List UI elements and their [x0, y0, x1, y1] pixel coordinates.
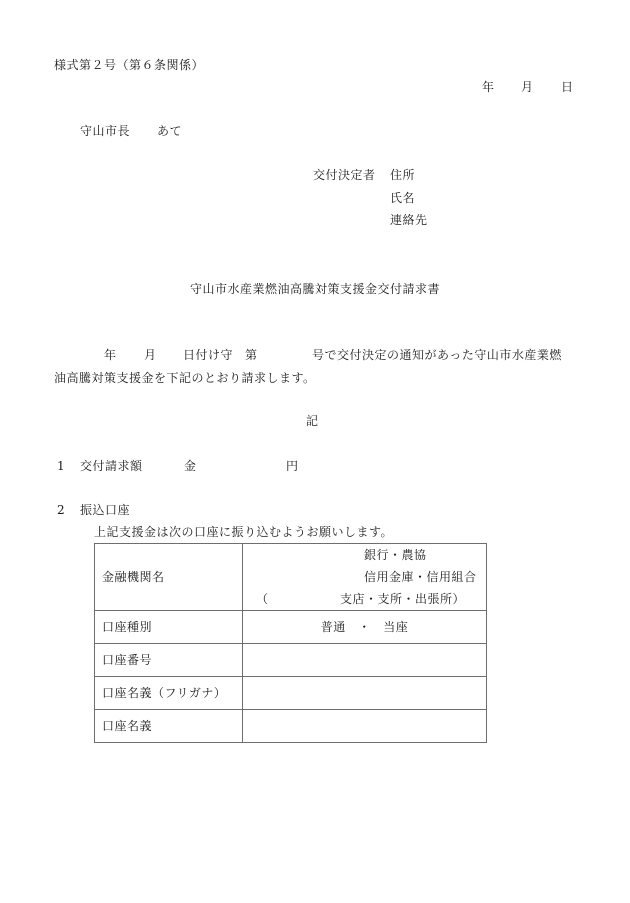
table-row-account-number: 口座番号 [95, 644, 487, 677]
account-number-label: 口座番号 [95, 644, 243, 677]
branch-type-line: 支店・支所・出張所） [340, 593, 465, 605]
account-type-label: 口座種別 [95, 611, 243, 644]
section2-number: 2 [57, 504, 65, 516]
section1-number: 1 [57, 460, 65, 472]
table-row-bank-name: 金融機関名 銀行・農協 信用金庫・信用組合 （ 支店・支所・出張所） [95, 544, 487, 611]
account-holder-kana-field[interactable] [243, 677, 487, 710]
table-row-account-type: 口座種別 普通 ・ 当座 [95, 611, 487, 644]
body-year: 年 [104, 349, 117, 361]
bank-name-field[interactable]: 銀行・農協 信用金庫・信用組合 （ 支店・支所・出張所） [243, 544, 487, 611]
account-holder-field[interactable] [243, 710, 487, 743]
date-year-label: 年 [482, 81, 495, 93]
date-day-label: 日 [561, 81, 574, 93]
body-dated: 日付け守 [183, 349, 233, 361]
applicant-address-label: 住所 [390, 169, 415, 181]
ki-heading: 記 [306, 415, 319, 427]
body-dai: 第 [245, 349, 258, 361]
applicant-contact-label: 連絡先 [390, 214, 428, 226]
addressee-name: 守山市長 [80, 125, 130, 137]
body-line2: 油高騰対策支援金を下記のとおり請求します。 [54, 372, 316, 384]
bank-type-line2: 信用金庫・信用組合 [364, 571, 477, 583]
table-row-account-holder: 口座名義 [95, 710, 487, 743]
branch-open-paren: （ [256, 593, 269, 605]
bank-name-label: 金融機関名 [95, 544, 243, 611]
section1-yen: 円 [286, 460, 299, 472]
account-type-field[interactable]: 普通 ・ 当座 [243, 611, 487, 644]
document-title: 守山市水産業燃油高騰対策支援金交付請求書 [190, 283, 440, 295]
date-month-label: 月 [521, 81, 534, 93]
applicant-name-label: 氏名 [390, 192, 415, 204]
form-number: 様式第２号（第６条関係） [54, 59, 204, 71]
section1-kin: 金 [184, 460, 197, 472]
section1-label: 交付請求額 [80, 460, 143, 472]
addressee-suffix: あて [157, 125, 182, 137]
account-holder-kana-label: 口座名義（フリガナ） [95, 677, 243, 710]
table-row-account-holder-kana: 口座名義（フリガナ） [95, 677, 487, 710]
account-holder-label: 口座名義 [95, 710, 243, 743]
bank-type-line1: 銀行・農協 [364, 549, 427, 561]
section2-note: 上記支援金は次の口座に振り込むようお願いします。 [94, 526, 393, 538]
body-month: 月 [144, 349, 157, 361]
account-number-field[interactable] [243, 644, 487, 677]
body-line1-rest: 号で交付決定の通知があった守山市水産業燃 [312, 349, 562, 361]
section2-label: 振込口座 [80, 504, 130, 516]
applicant-role-label: 交付決定者 [313, 169, 376, 181]
bank-account-table: 金融機関名 銀行・農協 信用金庫・信用組合 （ 支店・支所・出張所） 口座種別 … [94, 543, 487, 743]
